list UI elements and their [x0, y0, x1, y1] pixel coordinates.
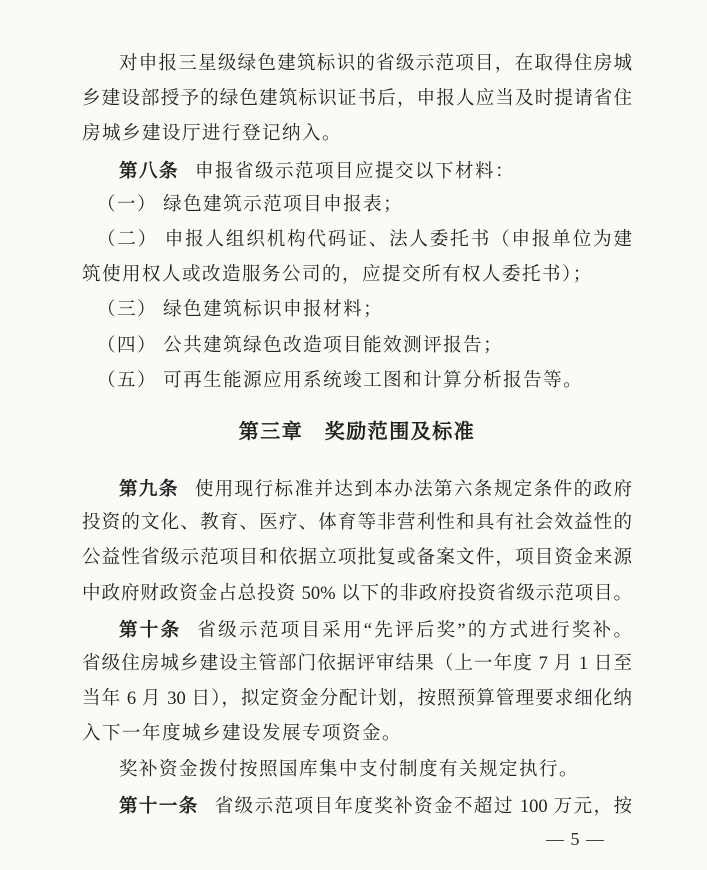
list-item-line: （四） 公共建筑绿色改造项目能效测评报告；	[82, 329, 632, 364]
paragraph-line: 房城乡建设厅进行登记纳入。	[82, 117, 632, 152]
list-item-line: （五） 可再生能源应用系统竣工图和计算分析报告等。	[82, 364, 632, 399]
paragraph-line: 奖补资金拨付按照国库集中支付制度有关规定执行。	[82, 753, 632, 788]
list-item-line: （二） 申报人组织机构代码证、法人委托书（申报单位为建	[82, 223, 632, 258]
page-number: — 5 —	[546, 829, 605, 850]
paragraph-line: 当年 6 月 30 日），拟定资金分配计划，按照预算管理要求细化纳	[82, 682, 632, 717]
paragraph-line: 对申报三星级绿色建筑标识的省级示范项目，在取得住房城	[82, 47, 632, 82]
article-number: 第九条	[119, 478, 179, 499]
paragraph-line: 第八条申报省级示范项目应提交以下材料：	[82, 153, 632, 188]
paragraph-line: 第十一条省级示范项目年度奖补资金不超过 100 万元，按	[82, 788, 632, 823]
list-item-line: （一） 绿色建筑示范项目申报表；	[82, 188, 632, 223]
paragraph-line: 入下一年度城乡建设发展专项资金。	[82, 717, 632, 752]
list-item-line: （三） 绿色建筑标识申报材料；	[82, 293, 632, 328]
article-number: 第十条	[119, 619, 181, 640]
paragraph-line: 省级住房城乡建设主管部门依据评审结果（上一年度 7 月 1 日至	[82, 647, 632, 682]
scanned-document-page: 对申报三星级绿色建筑标识的省级示范项目，在取得住房城乡建设部授予的绿色建筑标识证…	[0, 0, 707, 870]
article-number: 第八条	[119, 160, 179, 181]
chapter-heading: 第三章 奖励范围及标准	[82, 415, 632, 450]
paragraph-line: 乡建设部授予的绿色建筑标识证书后，申报人应当及时提请省住	[82, 82, 632, 117]
paragraph-line: 第九条使用现行标准并达到本办法第六条规定条件的政府	[82, 471, 632, 506]
paragraph-line: 第十条省级示范项目采用“先评后奖”的方式进行奖补。	[82, 612, 632, 647]
paragraph-line: 中政府财政资金占总投资 50% 以下的非政府投资省级示范项目。	[82, 577, 632, 612]
list-item-line: 筑使用权人或改造服务公司的，应提交所有权人委托书）；	[82, 258, 632, 293]
document-text-body: 对申报三星级绿色建筑标识的省级示范项目，在取得住房城乡建设部授予的绿色建筑标识证…	[82, 47, 632, 823]
paragraph-line: 公益性省级示范项目和依据立项批复或备案文件，项目资金来源	[82, 541, 632, 576]
article-number: 第十一条	[119, 795, 199, 816]
paragraph-line: 投资的文化、教育、医疗、体育等非营利性和具有社会效益性的	[82, 506, 632, 541]
